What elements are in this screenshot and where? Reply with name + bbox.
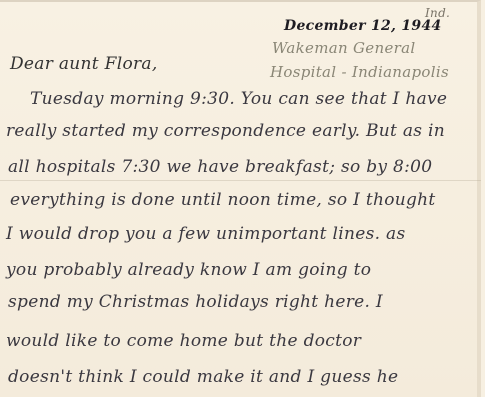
body-line: spend my Christmas holidays right here. …	[8, 292, 383, 312]
letter-date: December 12, 1944	[284, 18, 442, 34]
body-line: Tuesday morning 9:30. You can see that I…	[30, 89, 447, 109]
body-line: doesn't think I could make it and I gues…	[8, 367, 398, 387]
body-line: you probably already know I am going to	[6, 260, 371, 280]
letter-page: Ind. December 12, 1944 Wakeman General H…	[0, 0, 481, 397]
paper-fold-line	[0, 180, 481, 181]
body-line: I would drop you a few unimportant lines…	[6, 224, 405, 244]
body-line: all hospitals 7:30 we have breakfast; so…	[8, 157, 432, 177]
location-line-1: Wakeman General	[272, 39, 415, 57]
salutation: Dear aunt Flora,	[10, 54, 158, 74]
body-line: would like to come home but the doctor	[6, 331, 361, 351]
body-line: everything is done until noon time, so I…	[10, 190, 436, 210]
body-line: really started my correspondence early. …	[6, 121, 445, 141]
location-line-2: Hospital - Indianapolis	[270, 63, 449, 81]
